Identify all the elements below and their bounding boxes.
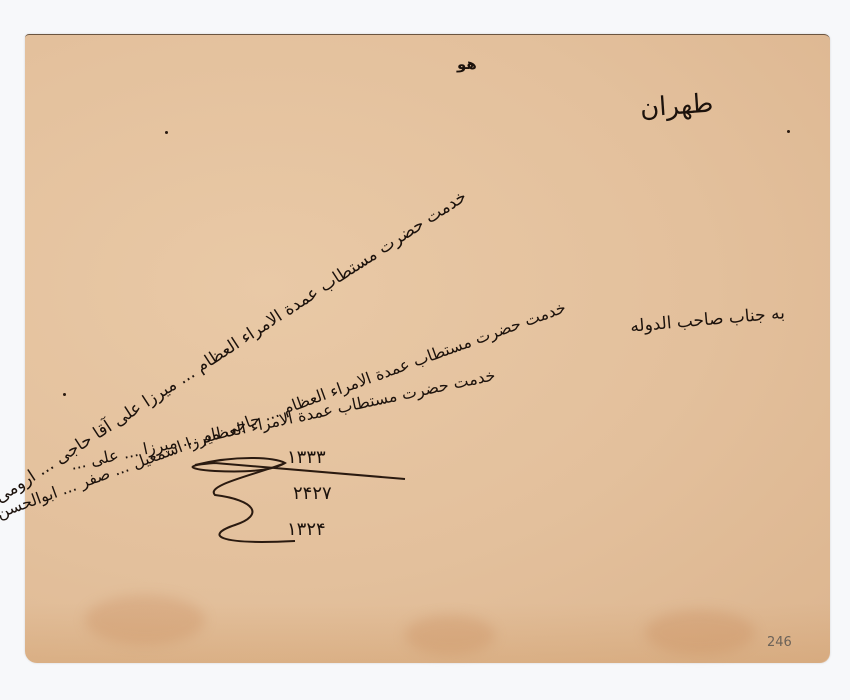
paper-stain: [85, 595, 205, 645]
place-heading: طهران: [639, 88, 714, 123]
number-3: ۱۳۲۴: [287, 519, 326, 540]
number-2: ۲۴۲۷: [293, 483, 332, 504]
document-paper: هو طهران خدمت حضرت مستطاب عمدة الامراء ا…: [25, 34, 830, 663]
ink-dot: [63, 393, 66, 396]
ink-dot: [787, 130, 790, 133]
letter-line-1: خدمت حضرت مستطاب عمدة الامراء العظام ...…: [149, 187, 470, 405]
invocation-text: هو: [457, 55, 477, 73]
paper-stain: [645, 610, 755, 655]
recipient-note: به جناب صاحب الدوله: [629, 303, 785, 336]
ink-dot: [165, 131, 168, 134]
archive-number: 246: [767, 635, 792, 650]
paper-stain: [405, 615, 495, 655]
number-1: ۱۳۳۳: [287, 447, 326, 468]
